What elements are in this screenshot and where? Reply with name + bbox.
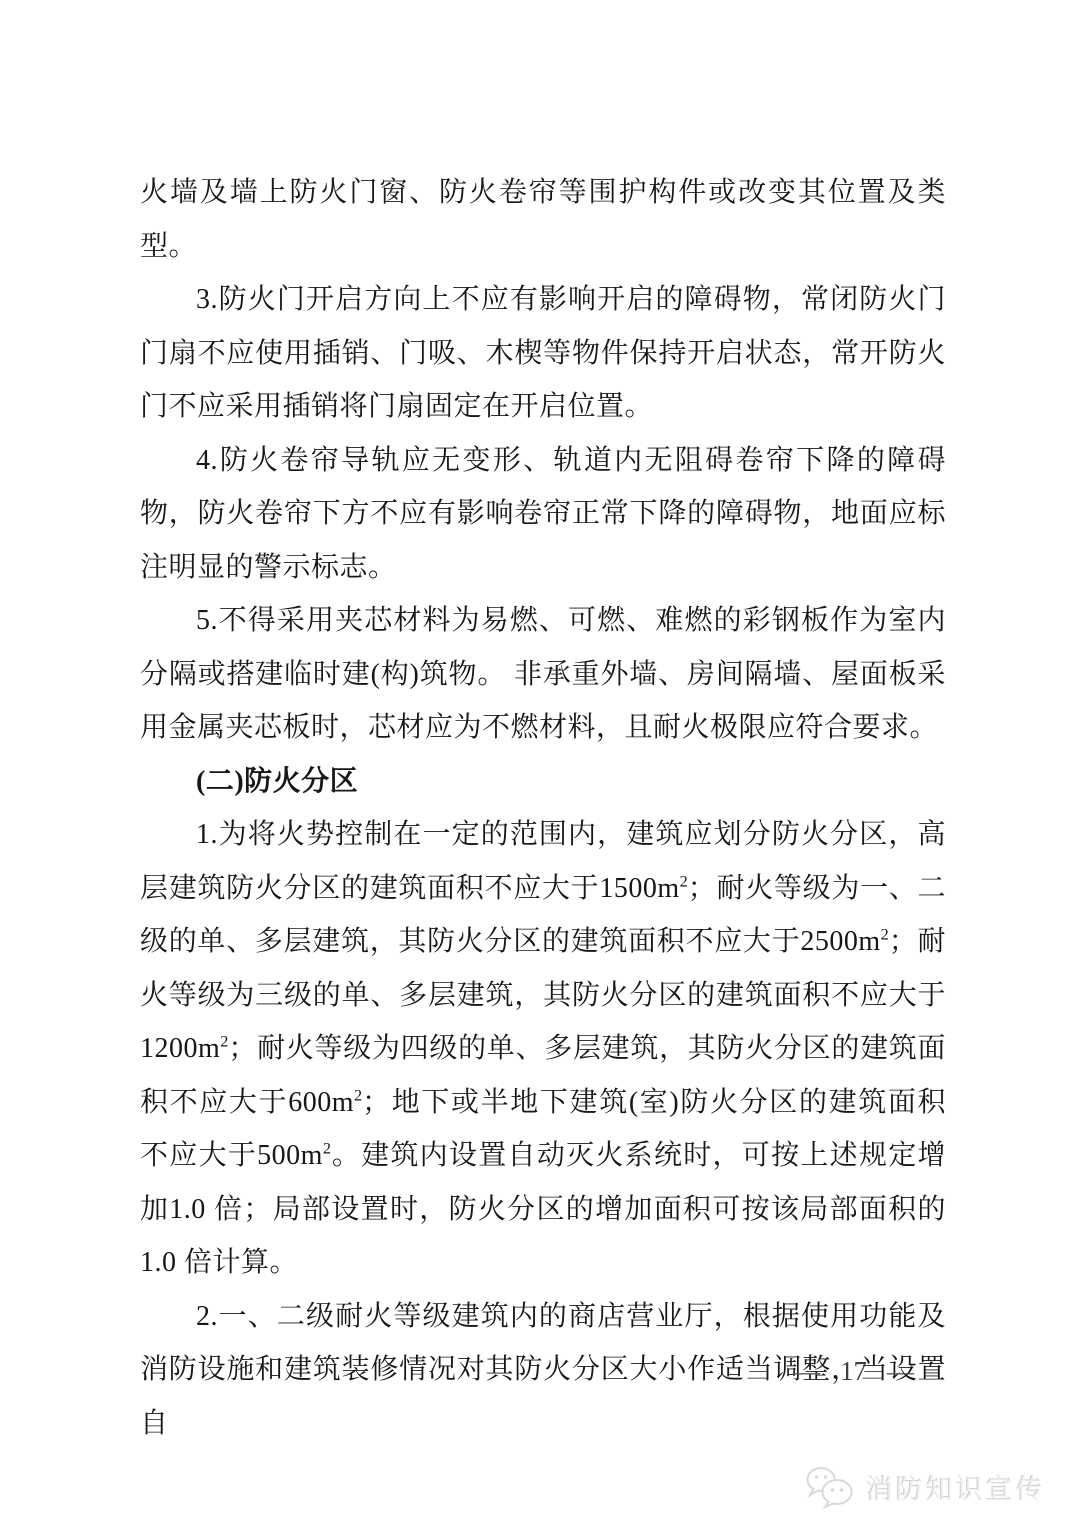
watermark-label: 消防知识宣传 bbox=[866, 1468, 1046, 1507]
document-body: 火墙及墙上防火门窗、防火卷帘等围护构件或改变其位置及类型。3.防火门开启方向上不… bbox=[140, 166, 946, 1450]
watermark: 消防知识宣传 bbox=[804, 1465, 1046, 1509]
wechat-logo-icon bbox=[804, 1465, 856, 1509]
footer-dash-left: — bbox=[793, 1356, 820, 1387]
superscript: 2 bbox=[881, 926, 889, 944]
paragraph: 4.防火卷帘导轨应无变形、轨道内无阻碍卷帘下降的障碍物，防火卷帘下方不应有影响卷… bbox=[140, 434, 946, 595]
superscript: 2 bbox=[680, 872, 688, 890]
superscript: 2 bbox=[323, 1140, 331, 1158]
section-heading: (二)防火分区 bbox=[140, 755, 946, 809]
superscript: 2 bbox=[220, 1033, 228, 1051]
paragraph: 3.防火门开启方向上不应有影响开启的障碍物，常闭防火门门扇不应使用插销、门吸、木… bbox=[140, 273, 946, 434]
footer-dash-right: — bbox=[887, 1356, 914, 1387]
paragraph: 5.不得采用夹芯材料为易燃、可燃、难燃的彩钢板作为室内分隔或搭建临时建(构)筑物… bbox=[140, 594, 946, 755]
page-number: 17 bbox=[840, 1356, 867, 1387]
document-page: 火墙及墙上防火门窗、防火卷帘等围护构件或改变其位置及类型。3.防火门开启方向上不… bbox=[0, 0, 1080, 1527]
page-footer: — 17 — bbox=[793, 1356, 914, 1387]
paragraph: 1.为将火势控制在一定的范围内，建筑应划分防火分区，高层建筑防火分区的建筑面积不… bbox=[140, 808, 946, 1290]
superscript: 2 bbox=[354, 1086, 362, 1104]
paragraph: 火墙及墙上防火门窗、防火卷帘等围护构件或改变其位置及类型。 bbox=[140, 166, 946, 273]
